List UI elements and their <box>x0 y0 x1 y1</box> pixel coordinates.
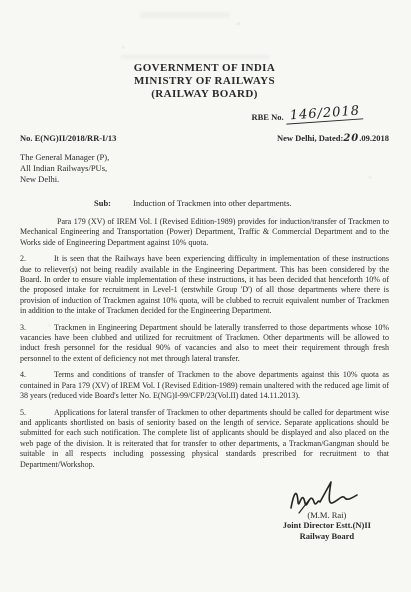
signature-block: (M.M. Rai) Joint Director Estt.(N)II Rai… <box>283 478 371 542</box>
addressee-line: All Indian Railways/PUs, <box>20 163 389 174</box>
paragraph-2: 2.It is seen that the Railways have been… <box>20 254 389 316</box>
letterhead-line-ministry: MINISTRY OF RAILWAYS <box>20 75 389 88</box>
addressee-block: The General Manager (P), All Indian Rail… <box>20 152 389 185</box>
rbe-label: RBE No. <box>251 112 283 122</box>
letterhead: GOVERNMENT OF INDIA MINISTRY OF RAILWAYS… <box>20 62 389 101</box>
paragraph-5: 5.Applications for lateral transfer of T… <box>20 408 389 470</box>
paragraph-number: 2. <box>20 254 54 264</box>
paragraph-number: 3. <box>20 323 54 333</box>
paragraph-text: Applications for lateral transfer of Tra… <box>20 408 389 469</box>
letterhead-line-board: (RAILWAY BOARD) <box>20 88 389 101</box>
paragraph-text: Trackmen in Engineering Department shoul… <box>20 323 389 363</box>
signatory-name: (M.M. Rai) <box>283 510 371 520</box>
rbe-number-handwritten: 146/2018 <box>285 103 363 124</box>
subject-row: Sub:Induction of Trackmen into other dep… <box>20 198 389 208</box>
addressee-line: The General Manager (P), <box>20 152 389 163</box>
paragraph-number: 5. <box>20 408 54 418</box>
letter-body: Para 179 (XV) of IREM Vol. I (Revised Ed… <box>20 217 389 470</box>
subject-label: Sub: <box>94 198 111 208</box>
paragraph-3: 3.Trackmen in Engineering Department sho… <box>20 323 389 365</box>
letterhead-line-government: GOVERNMENT OF INDIA <box>20 62 389 75</box>
paragraph-text: Terms and conditions of transfer of Trac… <box>20 370 389 400</box>
subject-text: Induction of Trackmen into other departm… <box>133 198 292 208</box>
paragraph-text: Para 179 (XV) of IREM Vol. I (Revised Ed… <box>20 217 389 247</box>
place-and-date: New Delhi, Dated:20.09.2018 <box>277 133 389 144</box>
addressee-line: New Delhi. <box>20 174 389 185</box>
rbe-row: RBE No. 146/2018 <box>20 109 389 127</box>
paragraph-number: 4. <box>20 370 54 380</box>
signatory-designation: Joint Director Estt.(N)II <box>283 520 371 531</box>
letter-content: GOVERNMENT OF INDIA MINISTRY OF RAILWAYS… <box>0 0 411 470</box>
date-rest: .09.2018 <box>359 133 389 143</box>
paragraph-4: 4.Terms and conditions of transfer of Tr… <box>20 370 389 401</box>
reference-row: No. E(NG)II/2018/RR-I/13 New Delhi, Date… <box>20 133 389 144</box>
date-day-handwritten: 20 <box>343 133 359 144</box>
paragraph-1: Para 179 (XV) of IREM Vol. I (Revised Ed… <box>20 217 389 248</box>
signature-scribble-icon <box>285 478 369 514</box>
scanned-letter-page: GOVERNMENT OF INDIA MINISTRY OF RAILWAYS… <box>0 0 411 592</box>
file-number: No. E(NG)II/2018/RR-I/13 <box>20 133 116 144</box>
signatory-organisation: Railway Board <box>283 531 371 542</box>
paragraph-text: It is seen that the Railways have been e… <box>20 254 389 315</box>
date-prefix: New Delhi, Dated: <box>277 133 343 143</box>
